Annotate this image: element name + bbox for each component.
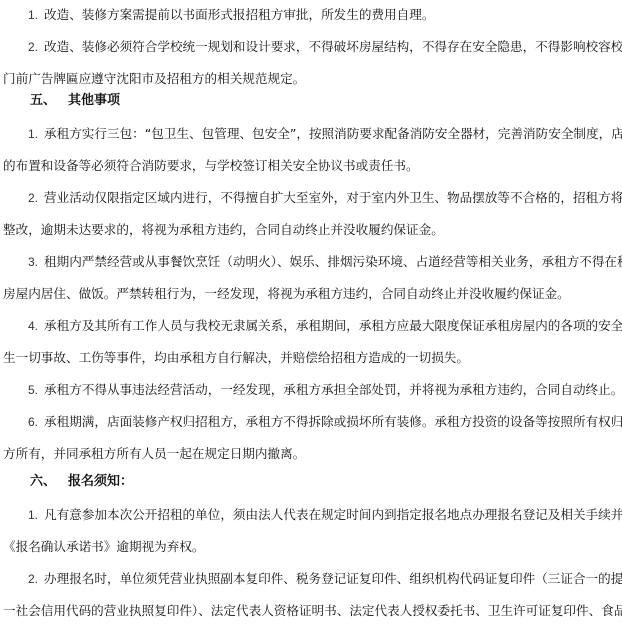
s5-item-6-line-2: 方所有，并同承租方所有人员一起在规定日期内撤离。 (0, 446, 622, 462)
section-heading-5: 五、其他事项 (30, 93, 120, 109)
s4-item-1-line-1: 1.改造、装修方案需提前以书面形式报招租方审批，所发生的费用自理。 (0, 7, 622, 23)
s5-item-4-line-1: 4.承租方及其所有工作人员与我校无隶属关系，承租期间，承租方应最大限度保证承租房… (0, 318, 622, 334)
s5-item-4-line-2: 生一切事故、工伤等事件，均由承租方自行解决，并赔偿给招租方造成的一切损失。 (0, 350, 622, 366)
s6-item-1-line-2: 《报名确认承诺书》逾期视为弃权。 (0, 539, 622, 555)
s5-item-5-line-1: 5.承租方不得从事违法经营活动，一经发现，承租方承担全部处罚，并将视为承租方违约… (0, 382, 622, 398)
s5-item-2-line-1: 2.营业活动仅限指定区域内进行，不得擅自扩大至室外，对于室内外卫生、物品摆放等不… (0, 190, 622, 206)
s5-item-2-line-2: 整改，逾期未达要求的，将视为承租方违约，合同自动终止并没收履约保证金。 (0, 222, 622, 238)
s4-item-2-line-1: 2.改造、装修必须符合学校统一规划和设计要求，不得破坏房屋结构，不得存在安全隐患… (0, 39, 622, 55)
s5-item-6-line-1: 6.承租期满，店面装修产权归招租方，承租方不得拆除或损坏所有装修。承租方投资的设… (0, 414, 622, 430)
s6-item-2-line-2: 一社会信用代码的营业执照复印件）、法定代表人资格证明书、法定代表人授权委托书、卫… (0, 603, 622, 619)
s5-item-3-line-2: 房屋内居住、做饭。严禁转租行为，一经发现，将视为承租方违约，合同自动终止并没收履… (0, 286, 622, 302)
s6-item-2-line-1: 2.办理报名时，单位须凭营业执照副本复印件、税务登记证复印件、组织机构代码证复印… (0, 571, 622, 587)
s4-item-2-line-2: 门前广告牌匾应遵守沈阳市及招租方的相关规范规定。 (0, 71, 622, 87)
s5-item-1-line-1: 1.承租方实行三包：“包卫生、包管理、包安全”，按照消防要求配备消防安全器材，完… (0, 126, 622, 142)
section-heading-6: 六、报名须知： (30, 474, 133, 490)
s6-item-1-line-1: 1.凡有意参加本次公开招租的单位，须由法人代表在规定时间内到指定报名地点办理报名… (0, 507, 622, 523)
s5-item-3-line-1: 3.租期内严禁经营或从事餐饮烹饪（动明火）、娱乐、排烟污染环境、占道经营等相关业… (0, 254, 622, 270)
s5-item-1-line-2: 的布置和设备等必须符合消防要求，与学校签订相关安全协议书或责任书。 (0, 158, 622, 174)
